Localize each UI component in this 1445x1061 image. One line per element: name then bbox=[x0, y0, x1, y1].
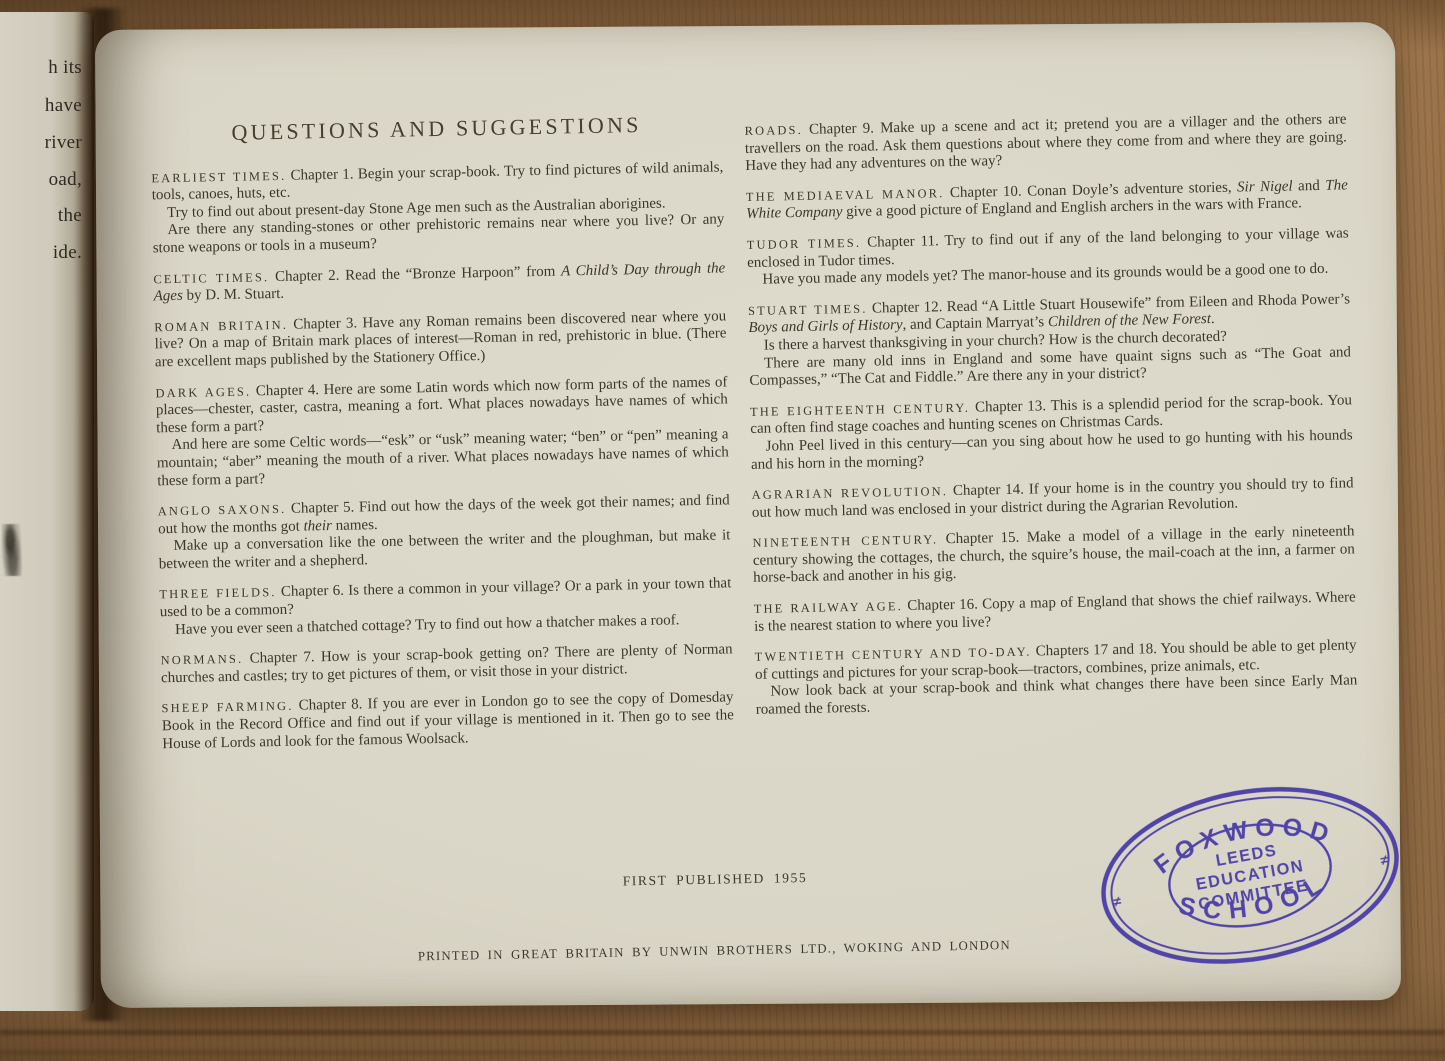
section-three-fields: THREE FIELDS. Chapter 6. Is there a comm… bbox=[159, 576, 732, 640]
section-roman-britain: ROMAN BRITAIN. Chapter 3. Have any Roman… bbox=[154, 308, 727, 372]
section-tudor-times: TUDOR TIMES. Chapter 11. Try to find out… bbox=[747, 225, 1350, 289]
section-twentieth-century-and-to-day: TWENTIETH CENTURY AND TO-DAY. Chapters 1… bbox=[755, 638, 1358, 720]
section-heading: ROMAN BRITAIN. bbox=[154, 318, 288, 335]
section-heading: STUART TIMES. bbox=[748, 301, 868, 317]
section-celtic-times: CELTIC TIMES. Chapter 2. Read the “Bronz… bbox=[153, 260, 726, 306]
left-page-text-fragment: oad, bbox=[49, 169, 82, 191]
section-nineteenth-century: NINETEENTH CENTURY. Chapter 15. Make a m… bbox=[752, 524, 1355, 588]
wood-grain-crack bbox=[0, 1050, 1445, 1055]
section-heading: TUDOR TIMES. bbox=[747, 236, 862, 252]
section-heading: THE RAILWAY AGE. bbox=[754, 599, 903, 616]
column-left: EARLIEST TIMES. Chapter 1. Begin your sc… bbox=[151, 159, 734, 753]
section-the-mediaeval-manor: THE MEDIAEVAL MANOR. Chapter 10. Conan D… bbox=[746, 177, 1349, 224]
section-agrarian-revolution: AGRARIAN REVOLUTION. Chapter 14. If your… bbox=[751, 475, 1354, 522]
paragraph: NINETEENTH CENTURY. Chapter 15. Make a m… bbox=[752, 524, 1355, 588]
paragraph: CELTIC TIMES. Chapter 2. Read the “Bronz… bbox=[153, 260, 726, 306]
wood-grain-crack bbox=[0, 1030, 1445, 1035]
paragraph: SHEEP FARMING. Chapter 8. If you are eve… bbox=[161, 690, 734, 754]
section-earliest-times: EARLIEST TIMES. Chapter 1. Begin your sc… bbox=[151, 159, 725, 258]
paragraph: AGRARIAN REVOLUTION. Chapter 14. If your… bbox=[751, 475, 1354, 522]
section-heading: EARLIEST TIMES. bbox=[151, 168, 286, 185]
book-page: QUESTIONS AND SUGGESTIONS EARLIEST TIMES… bbox=[95, 22, 1401, 1008]
page-title: QUESTIONS AND SUGGESTIONS bbox=[150, 114, 722, 143]
photo-of-open-book: { "page_title": "QUESTIONS AND SUGGESTIO… bbox=[0, 0, 1445, 1061]
section-heading: THE EIGHTEENTH CENTURY. bbox=[750, 400, 970, 418]
text-columns: QUESTIONS AND SUGGESTIONS EARLIEST TIMES… bbox=[150, 102, 1358, 766]
paragraph: THE MEDIAEVAL MANOR. Chapter 10. Conan D… bbox=[746, 177, 1349, 224]
section-heading: SHEEP FARMING. bbox=[161, 699, 293, 716]
section-heading: NORMANS. bbox=[161, 652, 244, 668]
school-stamp-svg: FOXWOOD SCHOOL LEEDS EDUCATION COMMITTEE… bbox=[1081, 759, 1418, 993]
paragraph: THE RAILWAY AGE. Chapter 16. Copy a map … bbox=[754, 589, 1357, 636]
section-heading: ROADS. bbox=[744, 123, 803, 138]
section-heading: THE MEDIAEVAL MANOR. bbox=[746, 186, 945, 204]
section-heading: THREE FIELDS. bbox=[159, 586, 276, 602]
left-page-text-fragment: h its bbox=[48, 57, 82, 79]
section-heading: DARK AGES. bbox=[155, 384, 251, 400]
section-dark-ages: DARK AGES. Chapter 4. Here are some Lati… bbox=[155, 374, 729, 491]
stamp-left-mark: ≠ bbox=[1112, 892, 1123, 909]
section-normans: NORMANS. Chapter 7. How is your scrap-bo… bbox=[161, 642, 734, 688]
paragraph: ROMAN BRITAIN. Chapter 3. Have any Roman… bbox=[154, 308, 727, 372]
section-heading: NINETEENTH CENTURY. bbox=[752, 533, 938, 551]
section-heading: ANGLO SAXONS. bbox=[158, 502, 287, 518]
school-stamp: FOXWOOD SCHOOL LEEDS EDUCATION COMMITTEE… bbox=[1081, 759, 1418, 993]
left-page-text-fragment: river bbox=[45, 132, 82, 154]
section-stuart-times: STUART TIMES. Chapter 12. Read “A Little… bbox=[748, 291, 1352, 391]
section-heading: CELTIC TIMES. bbox=[153, 270, 269, 286]
left-page-text-fragment: have bbox=[45, 95, 82, 117]
section-roads: ROADS. Chapter 9. Make up a scene and ac… bbox=[744, 111, 1347, 175]
paragraph: NORMANS. Chapter 7. How is your scrap-bo… bbox=[161, 642, 734, 688]
paragraph: ROADS. Chapter 9. Make up a scene and ac… bbox=[744, 111, 1347, 175]
left-page-illustration-fragment bbox=[2, 524, 22, 576]
section-the-eighteenth-century: THE EIGHTEENTH CENTURY. Chapter 13. This… bbox=[750, 392, 1353, 474]
paragraph: And here are some Celtic words—“esk” or … bbox=[156, 427, 729, 491]
section-heading: AGRARIAN REVOLUTION. bbox=[751, 484, 948, 502]
section-sheep-farming: SHEEP FARMING. Chapter 8. If you are eve… bbox=[161, 690, 734, 754]
section-anglo-saxons: ANGLO SAXONS. Chapter 5. Find out how th… bbox=[158, 492, 731, 573]
column-right: ROADS. Chapter 9. Make up a scene and ac… bbox=[744, 111, 1357, 719]
section-the-railway-age: THE RAILWAY AGE. Chapter 16. Copy a map … bbox=[754, 589, 1357, 636]
